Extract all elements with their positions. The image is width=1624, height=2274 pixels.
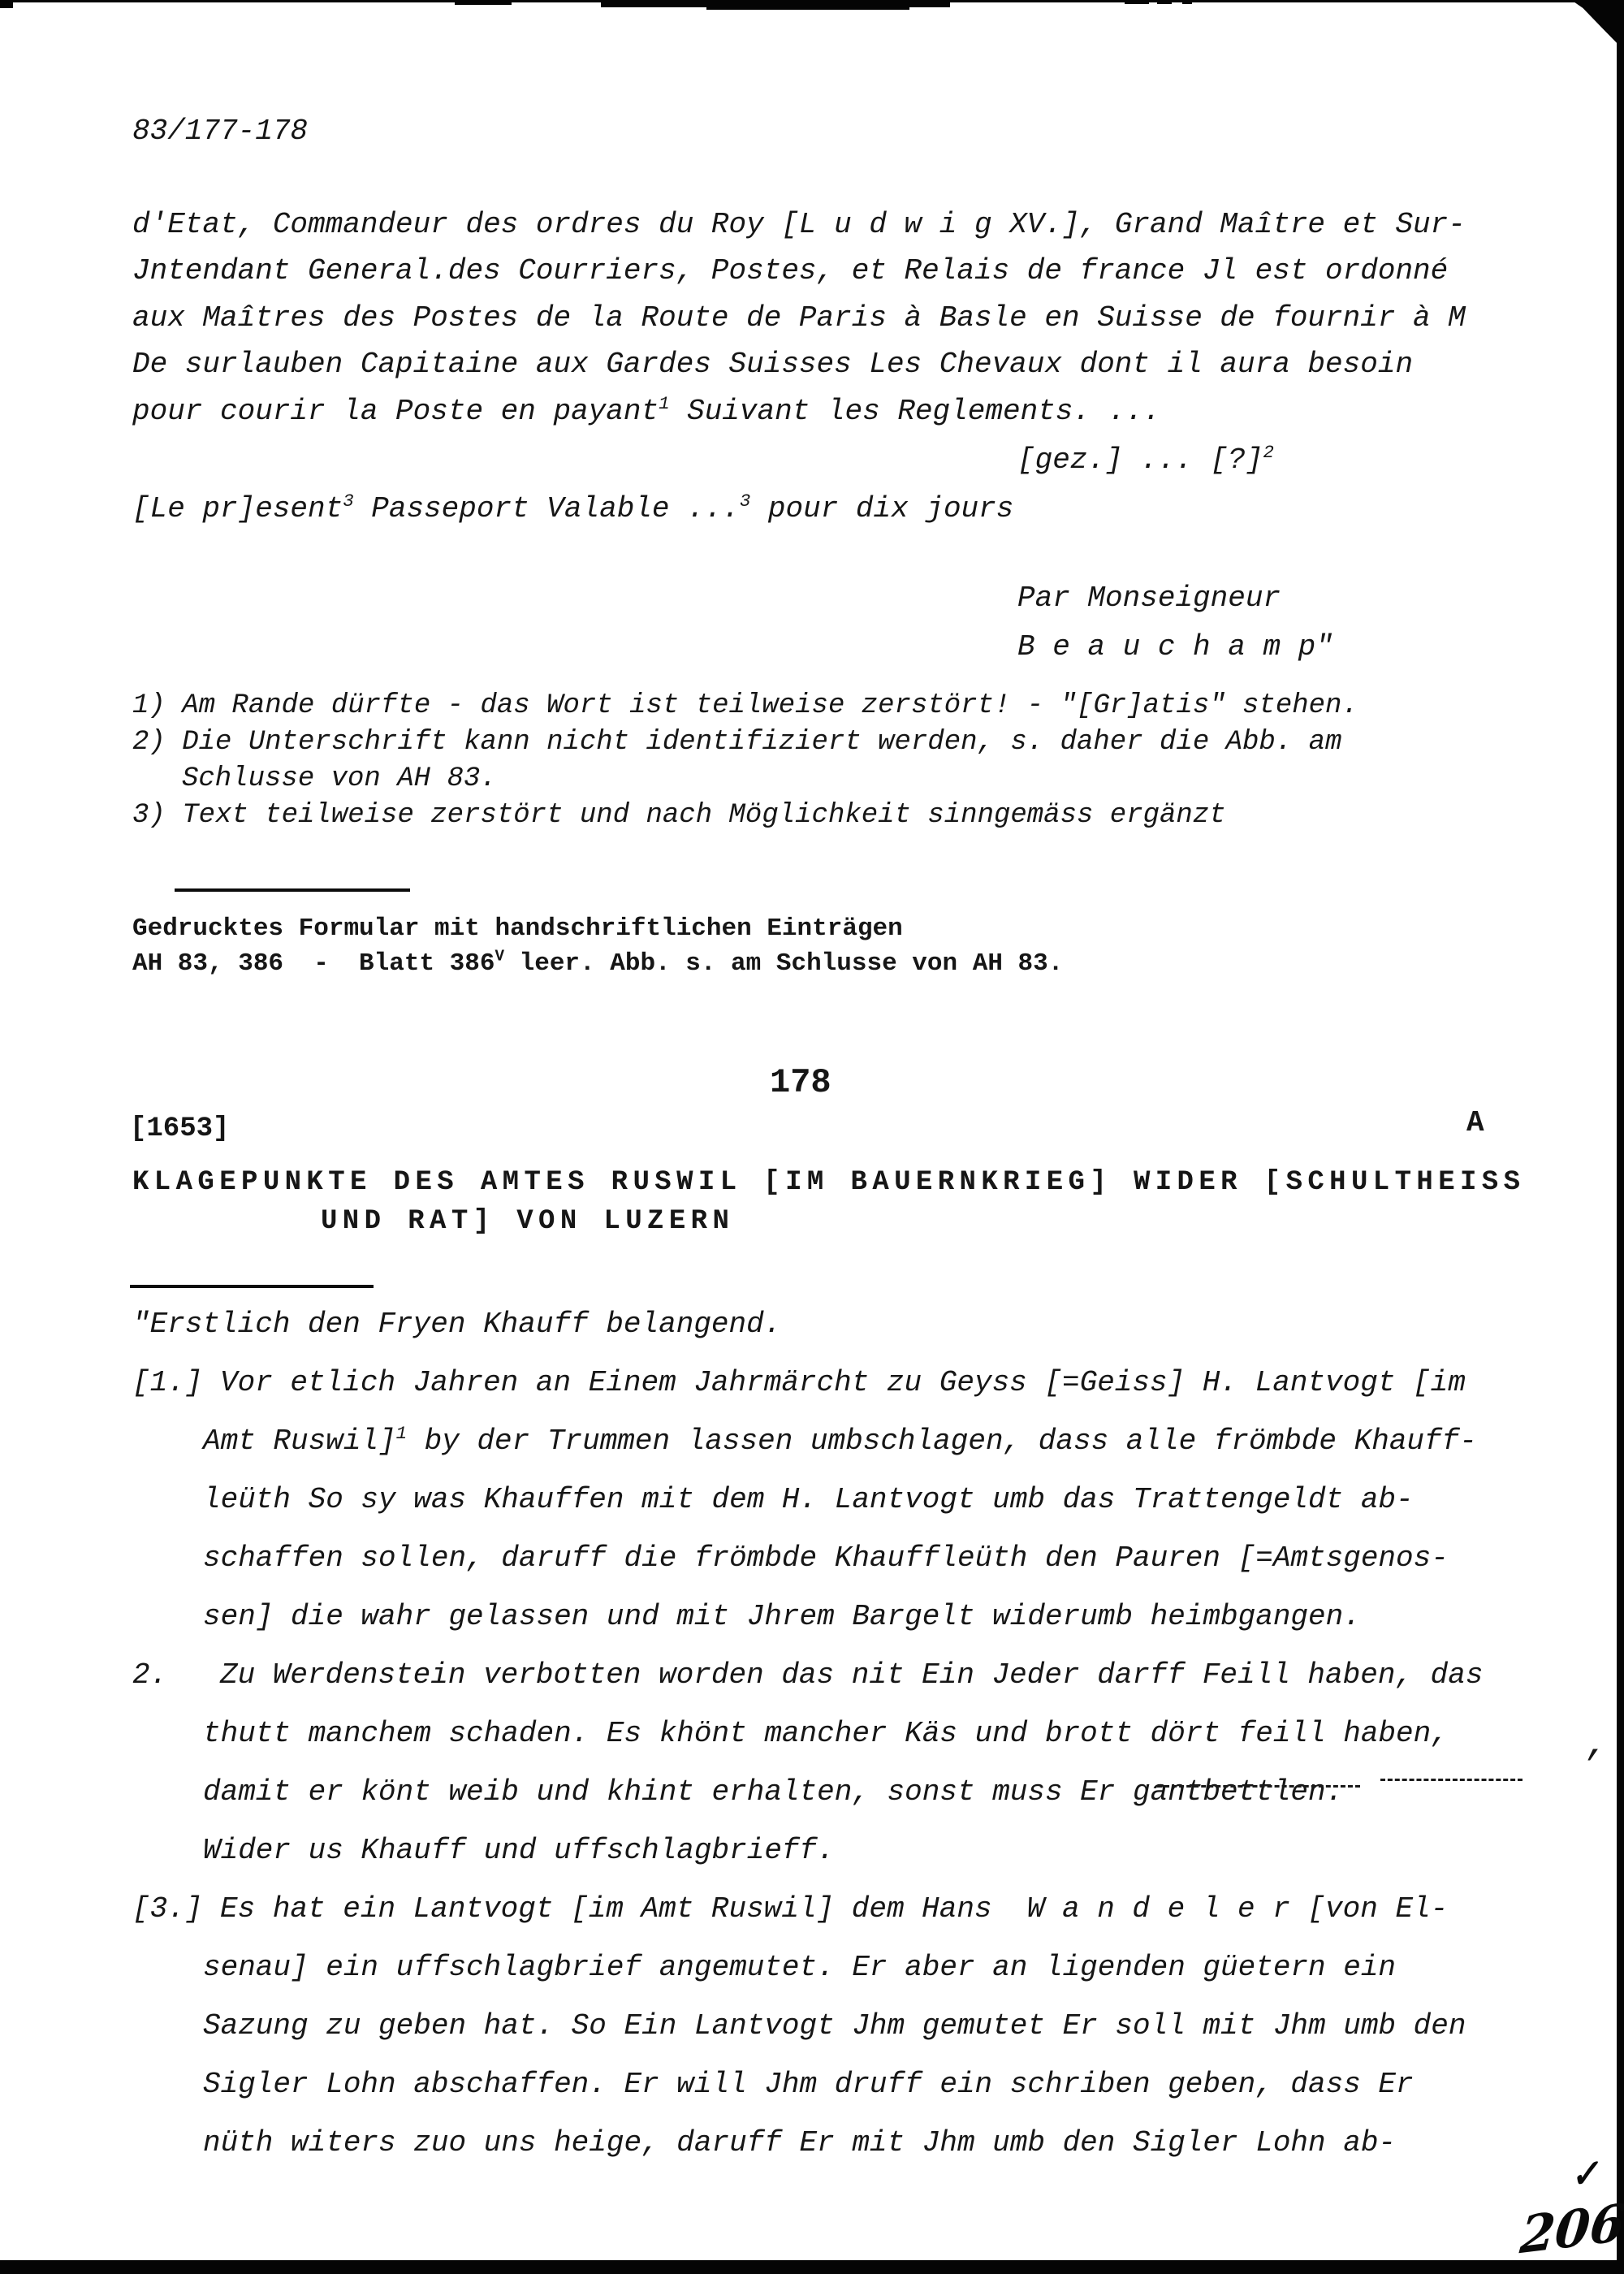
page-header: 83/177-178 [132, 115, 308, 148]
footnote-continuation: Schlusse von AH 83. [182, 764, 497, 794]
separator-rule [175, 888, 410, 892]
entry-year: [1653] [130, 1114, 229, 1144]
signature-name: B e a u c h a m p" [1017, 631, 1333, 664]
text-line: senau] ein uffschlagbrief angemutet. Er … [203, 1952, 1396, 1984]
text-line: leüth So sy was Khauffen mit dem H. Lant… [203, 1484, 1414, 1516]
handwritten-checkmark: ✓ [1567, 2152, 1603, 2198]
text-line: 2. Zu Werdenstein verbotten worden das n… [132, 1659, 1483, 1692]
text-line: sen] die wahr gelassen und mit Jhrem Bar… [203, 1601, 1361, 1633]
footnote: 3) Text teilweise zerstört und nach Mögl… [132, 801, 1226, 831]
scanned-archive-page: 83/177-178 d'Etat, Commandeur des ordres… [0, 0, 1624, 2274]
footnote: 2) Die Unterschrift kann nicht identifiz… [132, 728, 1341, 758]
text-line: "Erstlich den Fryen Khauff belangend. [132, 1308, 781, 1341]
entry-number: 178 [770, 1064, 831, 1101]
handwritten-page-number: 206 [1518, 2192, 1624, 2265]
scan-border-right [1617, 0, 1624, 2274]
text-line: Sazung zu geben hat. So Ein Lantvogt Jhm… [203, 2010, 1466, 2043]
text-line: [3.] Es hat ein Lantvogt [im Amt Ruswil]… [132, 1893, 1448, 1926]
text-line: pour courir la Poste en payant1 Suivant … [132, 396, 1160, 428]
text-line: Jntendant General.des Courriers, Postes,… [132, 255, 1448, 287]
strike-mark [1157, 1785, 1360, 1788]
text-line: Sigler Lohn abschaffen. Er will Jhm druf… [203, 2069, 1414, 2101]
text-line: d'Etat, Commandeur des ordres du Roy [L … [132, 209, 1466, 241]
scan-border-top-dash [1182, 1, 1192, 4]
separator-rule [130, 1285, 374, 1288]
text-line: nüth witers zuo uns heige, daruff Er mit… [203, 2127, 1396, 2159]
scan-corner-mark [0, 0, 13, 8]
scan-border-bottom [0, 2260, 1624, 2274]
text-line: Wider us Khauff und uffschlagbrieff. [203, 1835, 835, 1867]
document-page: { "page_header": "83/177-178", "passport… [0, 0, 1624, 2274]
text-line: Par Monseigneur [1017, 582, 1281, 615]
scan-border-top-dash [1125, 1, 1149, 4]
signature-line: [gez.] ... [?]2 [1017, 444, 1274, 477]
text-line: damit er könt weib und khint erhalten, s… [203, 1776, 1343, 1809]
strike-mark [1380, 1779, 1522, 1781]
form-note: Gedrucktes Formular mit handschriftliche… [132, 915, 903, 943]
entry-title: KLAGEPUNKTE DES AMTES RUSWIL [IM BAUERNK… [132, 1168, 1525, 1198]
entry-letter: A [1466, 1107, 1484, 1139]
footnote: 1) Am Rande dürfte - das Wort ist teilwe… [132, 691, 1358, 721]
text-line: schaffen sollen, daruff die frömbde Khau… [203, 1542, 1449, 1575]
text-line: Amt Ruswil]1 by der Trummen lassen umbsc… [203, 1425, 1477, 1458]
text-line: [Le pr]esent3 Passeport Valable ...3 pou… [132, 493, 1013, 525]
source-note: AH 83, 386 - Blatt 386V leer. Abb. s. am… [132, 950, 1063, 978]
stray-mark: ’ [1579, 1746, 1602, 1788]
scan-border-top-segment [455, 0, 512, 5]
text-line: aux Maîtres des Postes de la Route de Pa… [132, 302, 1466, 335]
text-line: [1.] Vor etlich Jahren an Einem Jahrmärc… [132, 1367, 1466, 1399]
text-line: thutt manchem schaden. Es khönt mancher … [203, 1718, 1449, 1750]
text-line: De surlauben Capitaine aux Gardes Suisse… [132, 348, 1413, 381]
scan-border-top-dash [1157, 1, 1172, 4]
entry-title: UND RAT] VON LUZERN [321, 1207, 734, 1237]
scan-border-top-segment [706, 0, 909, 10]
